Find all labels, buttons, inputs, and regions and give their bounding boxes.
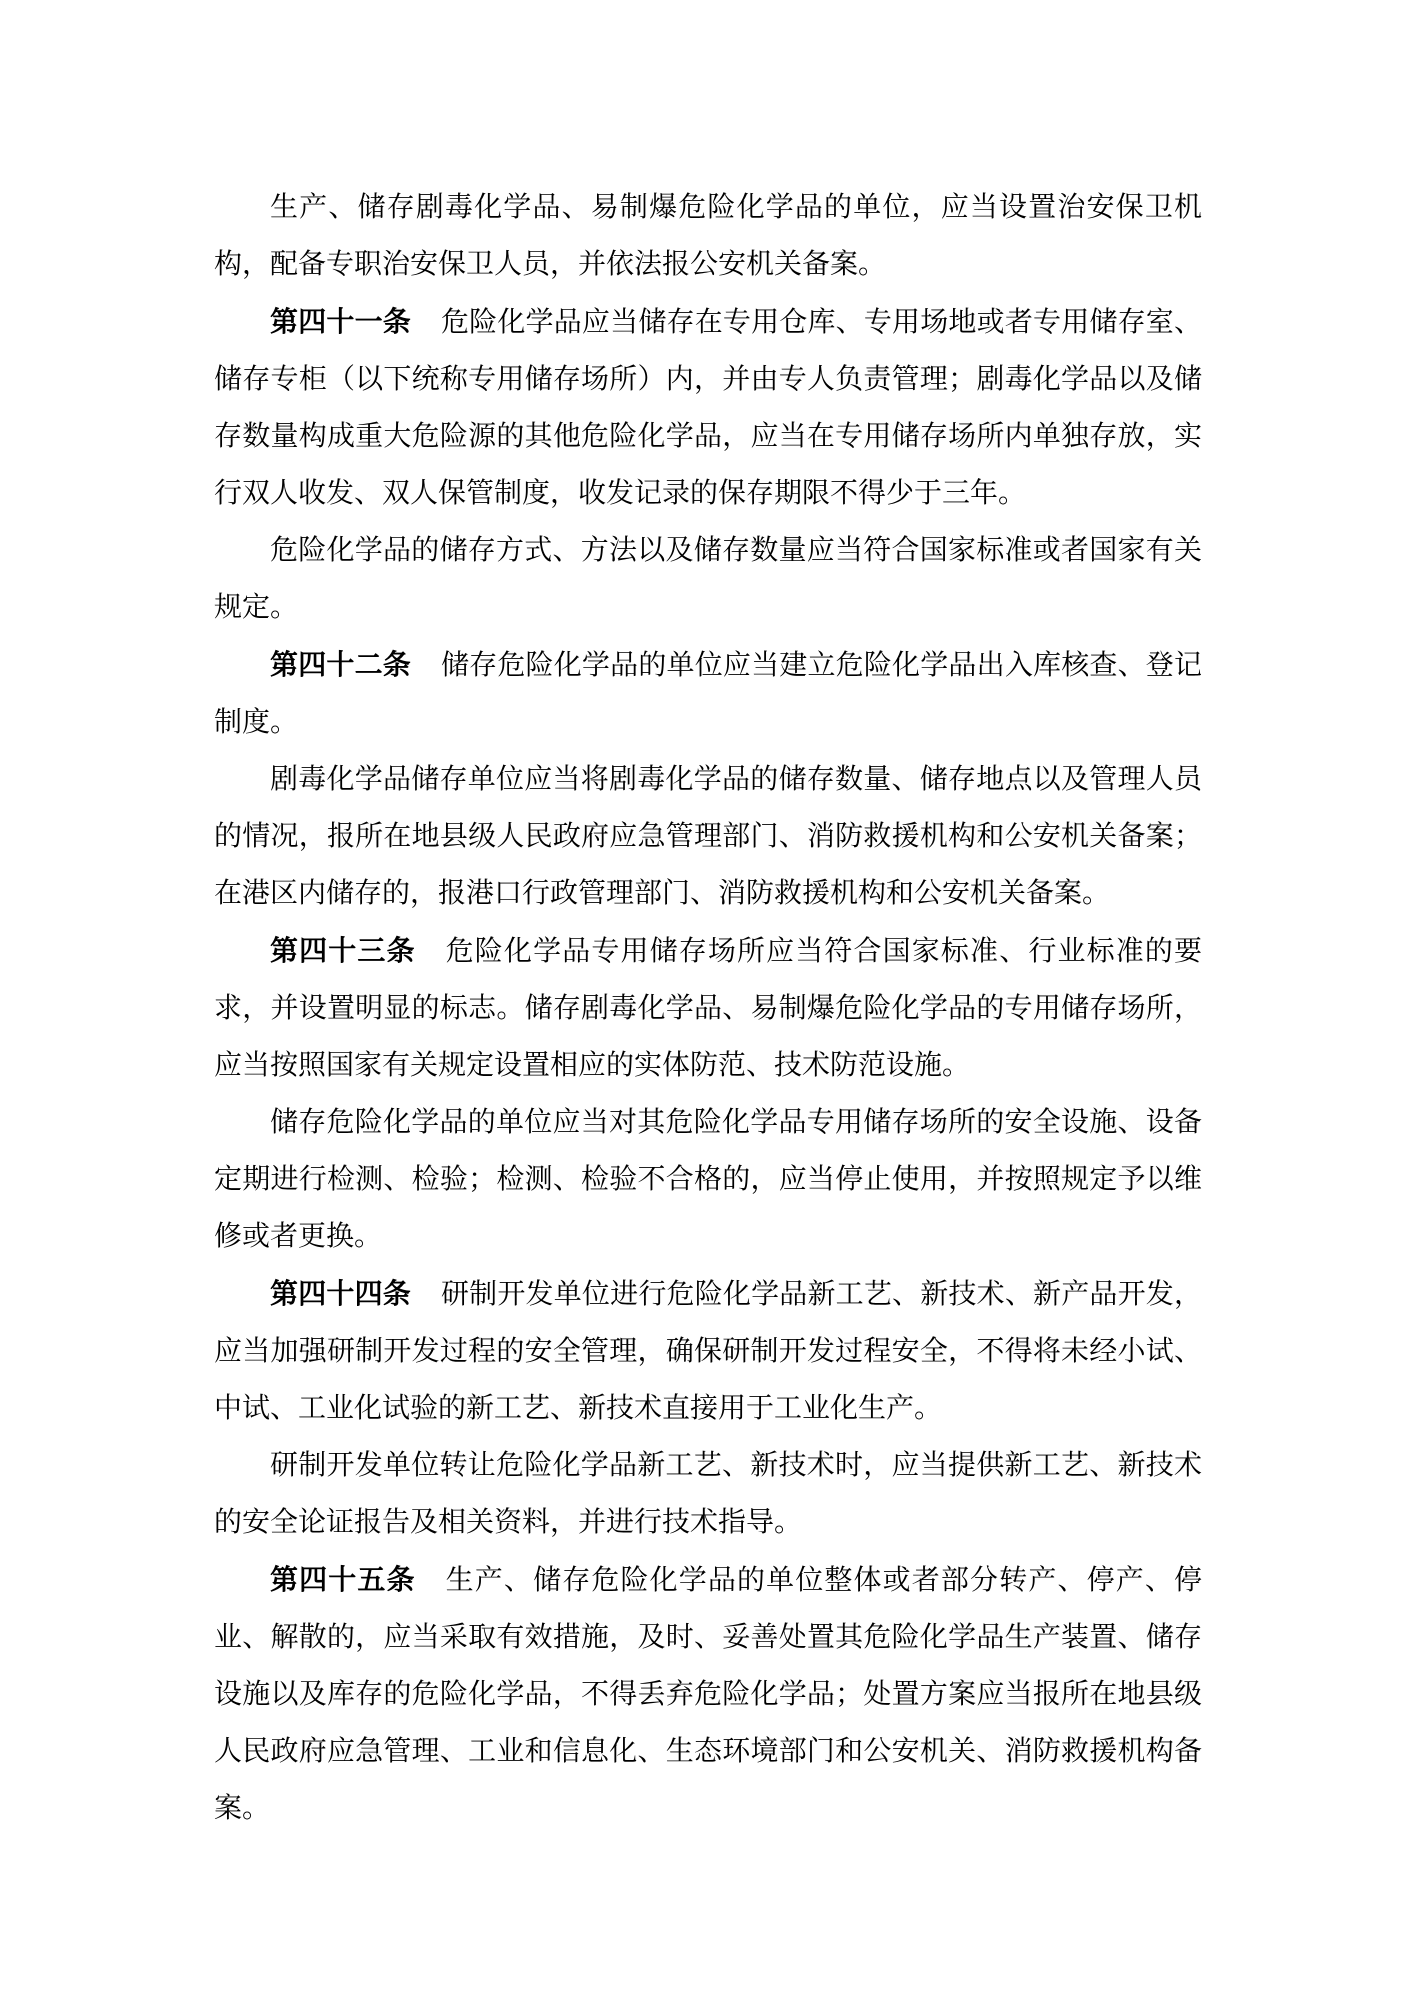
article-number: 第四十三条 xyxy=(270,935,416,966)
paragraph: 生产、储存剧毒化学品、易制爆危险化学品的单位，应当设置治安保卫机构，配备专职治安… xyxy=(214,179,1202,293)
document-page: 生产、储存剧毒化学品、易制爆危险化学品的单位，应当设置治安保卫机构，配备专职治安… xyxy=(0,0,1414,2000)
document-text-block: 生产、储存剧毒化学品、易制爆危险化学品的单位，应当设置治安保卫机构，配备专职治安… xyxy=(214,179,1202,1837)
paragraph: 储存危险化学品的单位应当对其危险化学品专用储存场所的安全设施、设备定期进行检测、… xyxy=(214,1094,1202,1265)
article-paragraph: 第四十三条危险化学品专用储存场所应当符合国家标准、行业标准的要求，并设置明显的标… xyxy=(214,922,1202,1094)
article-number: 第四十四条 xyxy=(270,1278,411,1309)
paragraph-text: 研制开发单位转让危险化学品新工艺、新技术时，应当提供新工艺、新技术的安全论证报告… xyxy=(214,1450,1202,1538)
paragraph-text: 生产、储存危险化学品的单位整体或者部分转产、停产、停业、解散的，应当采取有效措施… xyxy=(214,1565,1202,1824)
article-number: 第四十一条 xyxy=(270,306,411,337)
paragraph-text: 危险化学品应当储存在专用仓库、专用场地或者专用储存室、储存专柜（以下统称专用储存… xyxy=(214,307,1202,509)
article-paragraph: 第四十二条储存危险化学品的单位应当建立危险化学品出入库核查、登记制度。 xyxy=(214,636,1202,751)
article-paragraph: 第四十四条研制开发单位进行危险化学品新工艺、新技术、新产品开发，应当加强研制开发… xyxy=(214,1265,1202,1437)
paragraph: 剧毒化学品储存单位应当将剧毒化学品的储存数量、储存地点以及管理人员的情况，报所在… xyxy=(214,751,1202,922)
article-paragraph: 第四十五条生产、储存危险化学品的单位整体或者部分转产、停产、停业、解散的，应当采… xyxy=(214,1551,1202,1837)
paragraph-text: 危险化学品的储存方式、方法以及储存数量应当符合国家标准或者国家有关规定。 xyxy=(214,535,1202,623)
article-paragraph: 第四十一条危险化学品应当储存在专用仓库、专用场地或者专用储存室、储存专柜（以下统… xyxy=(214,293,1202,522)
article-number: 第四十二条 xyxy=(270,649,411,680)
article-number: 第四十五条 xyxy=(270,1564,416,1595)
paragraph-text: 生产、储存剧毒化学品、易制爆危险化学品的单位，应当设置治安保卫机构，配备专职治安… xyxy=(214,192,1202,280)
paragraph-text: 剧毒化学品储存单位应当将剧毒化学品的储存数量、储存地点以及管理人员的情况，报所在… xyxy=(214,764,1202,909)
paragraph: 危险化学品的储存方式、方法以及储存数量应当符合国家标准或者国家有关规定。 xyxy=(214,522,1202,636)
paragraph-text: 储存危险化学品的单位应当对其危险化学品专用储存场所的安全设施、设备定期进行检测、… xyxy=(214,1107,1202,1252)
paragraph: 研制开发单位转让危险化学品新工艺、新技术时，应当提供新工艺、新技术的安全论证报告… xyxy=(214,1437,1202,1551)
